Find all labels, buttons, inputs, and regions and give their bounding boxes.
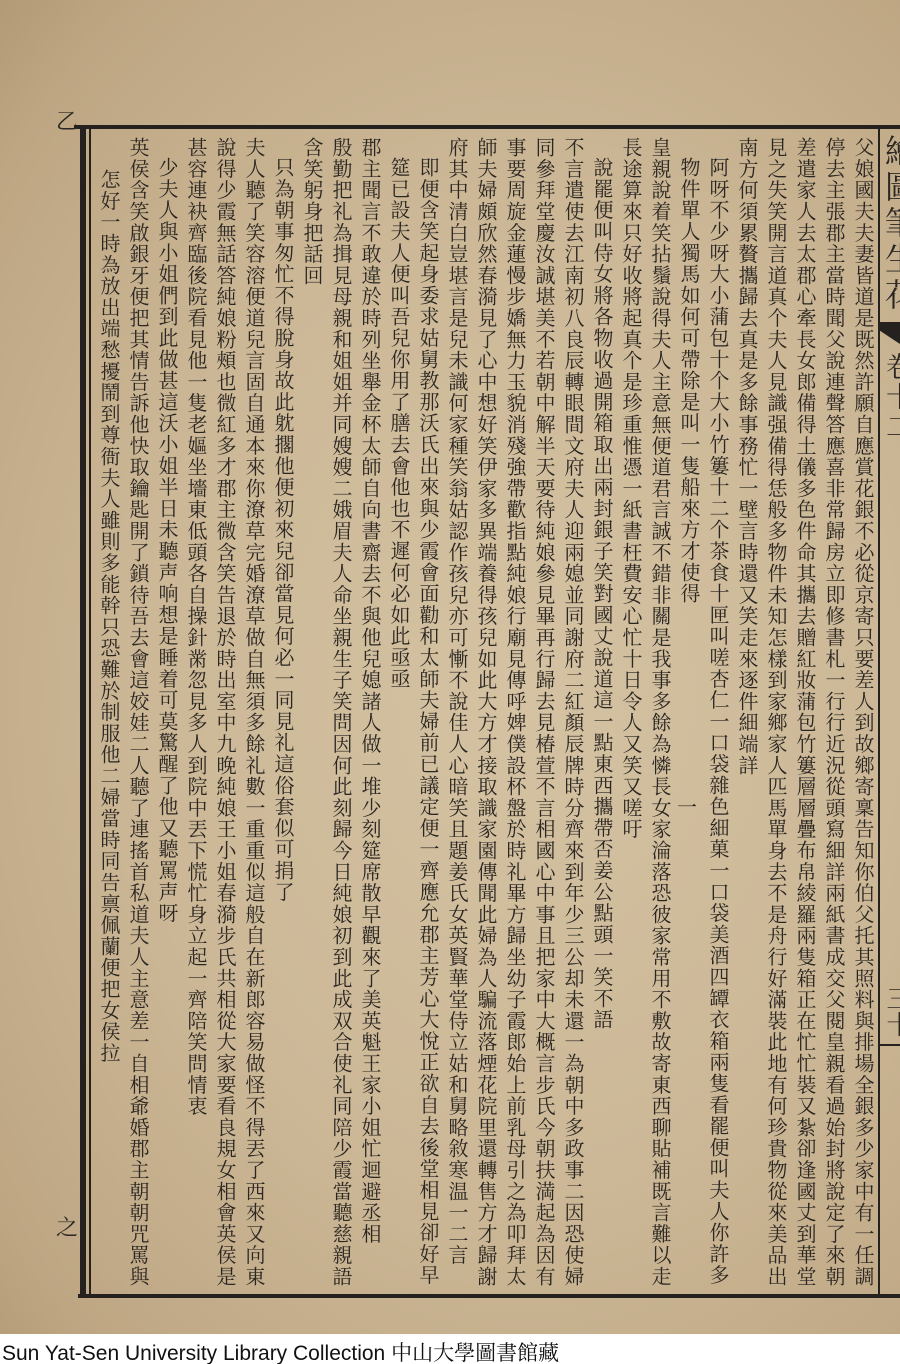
volume-label: 卷十二 (882, 352, 900, 442)
text-column: 說罷便叫侍女將各物收過開箱取出兩封銀子笑對國丈說道這一點東西攜帶否姜公點頭一笑不… (587, 137, 616, 1295)
page-number: 三十 (882, 985, 900, 1037)
text-column: 父娘國夫夫妻皆道是既然許願自應賞花銀不必從京寄只要差人到故鄉寄稟告知你伯父托其照… (848, 137, 877, 1295)
text-column: 殷勤把礼為揖見母親和姐姐并同嫂嫂二娥眉夫人命坐親生子笑問因何此刻歸今日純娘初到此… (326, 137, 355, 1295)
text-column: 阿呀不少呀大小蒲包十个大小竹簍十二个茶食十匣叫嗟杏仁一口袋雜色細菓一口袋美酒四罈… (703, 137, 732, 1295)
frame-left-thick-rule (80, 125, 86, 1298)
text-column: 見之失笑開言道真个夫人見識强備得恁般多物件未知怎樣到家鄉家人匹馬單身去不是舟行好… (761, 137, 790, 1295)
text-column: 即便含笑起身委求姑舅教那沃氏出來與少霞會面勸和太師夫婦前已議定便一齊應允郡主芳心… (413, 137, 442, 1295)
frame-top-rule (74, 125, 900, 129)
text-column: 夫人聽了笑容溶便道兒言固自通本來你潦草完婚潦草做自無須多餘礼數一重重似這般自在新… (239, 137, 268, 1295)
text-column: 含笑躬身把話回 (297, 137, 326, 1295)
text-column: 南方何須累贅攜歸去真是多餘事務忙一壁言時還又笑走來逐件細端詳 (732, 137, 761, 1295)
page-number-rule (880, 1044, 900, 1046)
text-column: 同參拜堂慶汝誠堪美不若朝中解半天要待純娘參見畢再行歸去見椿萱不言相國心中事且把家… (529, 137, 558, 1295)
scanned-page: 繪圖筆生花 卷十二 三十 乙 之 一 父娘國夫夫妻皆道是既然許願自應賞花銀不必從… (0, 0, 900, 1334)
text-column: 師夫婦頗欣然春漪見了心中想好笑伊家多異端養得孩兒如此大方才接取識家園傳聞此婦為人… (471, 137, 500, 1295)
fold-mark-top: 乙 (56, 112, 78, 134)
text-column: 皇親說着笑拈鬚說得夫人主意無便道君言誠不錯非關是我事多餘為憐長女家淪落恐彼家常用… (645, 137, 674, 1295)
collection-caption: Sun Yat-Sen University Library Collectio… (2, 1337, 559, 1364)
text-column: 差遣家人去太郡心牽長女郎備得土儀多色件命其攜去贈紅妝蒲包竹簍層層疊布帛綾羅兩隻箱… (790, 137, 819, 1295)
frame-left-thin-rule (89, 125, 91, 1298)
book-title: 繪圖筆生花 (882, 134, 900, 314)
text-column: 說得少霞無話答純娘粉頰也微紅多才郡主微含笑告退於時出室中九晚純娘王小姐春漪步氏共… (210, 137, 239, 1295)
text-column: 事要周旋金蓮慢步嬌無力玉貌消殘強帶歡指點純娘行廟見傳呼婢僕設杯盤於時礼畢方歸坐幼… (500, 137, 529, 1295)
text-column: 不言遣使去江南初八良辰轉眼間文府夫人迎兩媳並同謝府二紅顏辰牌時分齊來到年少三公却… (558, 137, 587, 1295)
text-column: 只為朝事匆忙不得脫身故此躭擱他便初來兒卻當見何必一同見礼這俗套似可捐了 (268, 137, 297, 1295)
text-column: 英侯含笑啟銀牙便把其情告訴他快取鑰匙開了鎖待吾去會這姣娃二人聽了連搖首私道夫人主… (123, 137, 152, 1295)
collection-footer: Sun Yat-Sen University Library Collectio… (0, 1334, 900, 1364)
text-column: 物件單人獨馬如何可帶除是叫一隻船來方才使得 (674, 137, 703, 1295)
text-column: 郡主聞言不敢違於時列坐舉金杯太師自向書齋去不與他兒媳諸人做一堆少刻筵席散早觀來了… (355, 137, 384, 1295)
text-column: 停去主張郡主當時聞父說連聲答應喜非常歸房立即修書札一行行近況從頭寫細詳兩紙書成交… (819, 137, 848, 1295)
fold-mark-bottom: 之 (56, 1218, 78, 1240)
text-body: 父娘國夫夫妻皆道是既然許願自應賞花銀不必從京寄只要差人到故鄉寄稟告知你伯父托其照… (94, 137, 877, 1295)
text-column: 府其中清白豈堪言是兒未識何家種笑翁姑認作孩兒亦可慚不說佳人心暗笑且題姜氏女英賢華… (442, 137, 471, 1295)
text-column: 長途算來只好收將起真个是珍重惟憑一紙書枉費安心忙十日令人又笑又嗟吁 (616, 137, 645, 1295)
text-column: 少夫人與小姐們到此做甚這沃小姐半日未聽声响想是睡着可莫驚醒了他又聽罵声呀 (152, 137, 181, 1295)
fishtail-mark-icon (880, 322, 900, 344)
text-column: 甚容連袂齊臨後院看見他一隻老嫗坐墻東低頭各自操針黹忽見多人到院中丟下慌忙身立起一… (181, 137, 210, 1295)
text-column: 怎好一時為放出端愁擾鬧到尊衙夫人雖則多能幹只恐難於制服他二婦當時同告禀佩蘭便把女… (94, 137, 123, 1295)
text-column: 筵已設夫人便叫吾兒你用了膳去會他也不遲何必如此亟亟 (384, 137, 413, 1295)
